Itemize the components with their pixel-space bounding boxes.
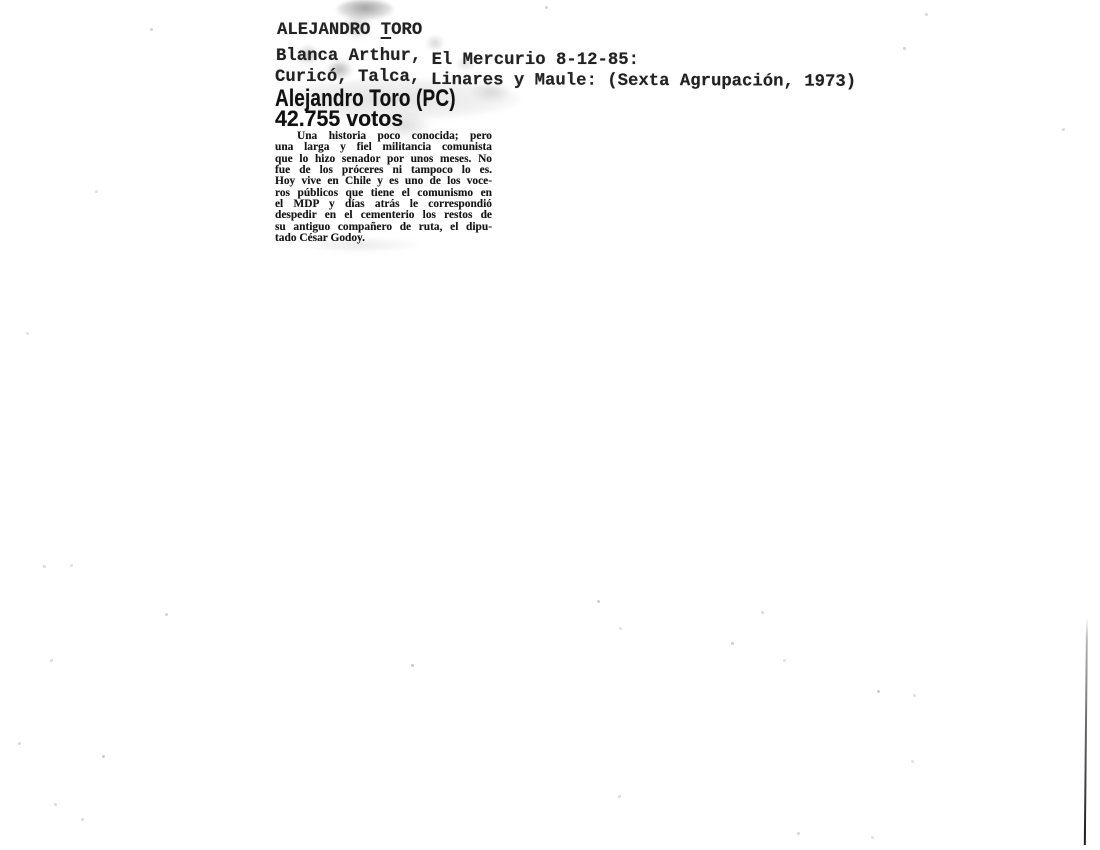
scan-speck: [783, 659, 786, 662]
typed-name-prefix: ALEJANDRO: [277, 21, 381, 40]
scan-speck: [871, 836, 874, 839]
typed-name-suffix: ORO: [391, 21, 422, 40]
district-part2: Linares y Maule: (Sexta Agrupación, 1973…: [430, 71, 855, 92]
scan-speck: [913, 694, 916, 697]
scan-speck: [95, 190, 98, 193]
scan-speck: [619, 627, 622, 630]
scan-speck: [903, 47, 906, 50]
source-author: Blanca Arthur,: [276, 47, 432, 66]
scan-speck: [411, 664, 414, 667]
scan-speck: [102, 755, 105, 758]
clipping-body-line: una larga y fiel militancia comunista: [275, 142, 492, 153]
scan-speck: [43, 565, 46, 568]
scan-speck: [731, 642, 734, 645]
scan-speck: [618, 795, 621, 798]
scan-speck: [26, 332, 29, 335]
scan-speck: [797, 832, 800, 835]
scan-speck: [597, 600, 600, 603]
scan-speck: [925, 13, 928, 16]
toner-smudge: [336, 0, 394, 20]
clipping-body-column: Una historia poco conocida; pero una lar…: [275, 131, 492, 244]
scan-speck: [18, 742, 21, 745]
scan-speck: [54, 803, 57, 806]
scan-speck: [50, 659, 53, 662]
scan-speck: [761, 611, 764, 614]
scan-speck: [70, 564, 73, 567]
clipping-body-line: tado César Godoy.: [275, 233, 492, 244]
scan-speck: [81, 818, 84, 821]
typed-name-underlined-letter: T: [381, 21, 391, 40]
scanned-document-page: ALEJANDRO TORO Blanca Arthur, El Mercuri…: [0, 0, 1100, 850]
scan-speck: [1062, 128, 1065, 131]
scan-speck: [877, 690, 880, 693]
scan-speck: [150, 28, 153, 31]
scan-streak: [1084, 618, 1088, 845]
clipping-vote-count: 42.755 votos: [275, 108, 403, 130]
scan-speck: [545, 6, 548, 9]
typed-name-heading: ALEJANDRO TORO: [277, 21, 422, 40]
scan-speck: [911, 760, 914, 763]
scan-speck: [165, 613, 168, 616]
source-citation-line: Blanca Arthur, El Mercurio 8-12-85:: [276, 47, 639, 66]
